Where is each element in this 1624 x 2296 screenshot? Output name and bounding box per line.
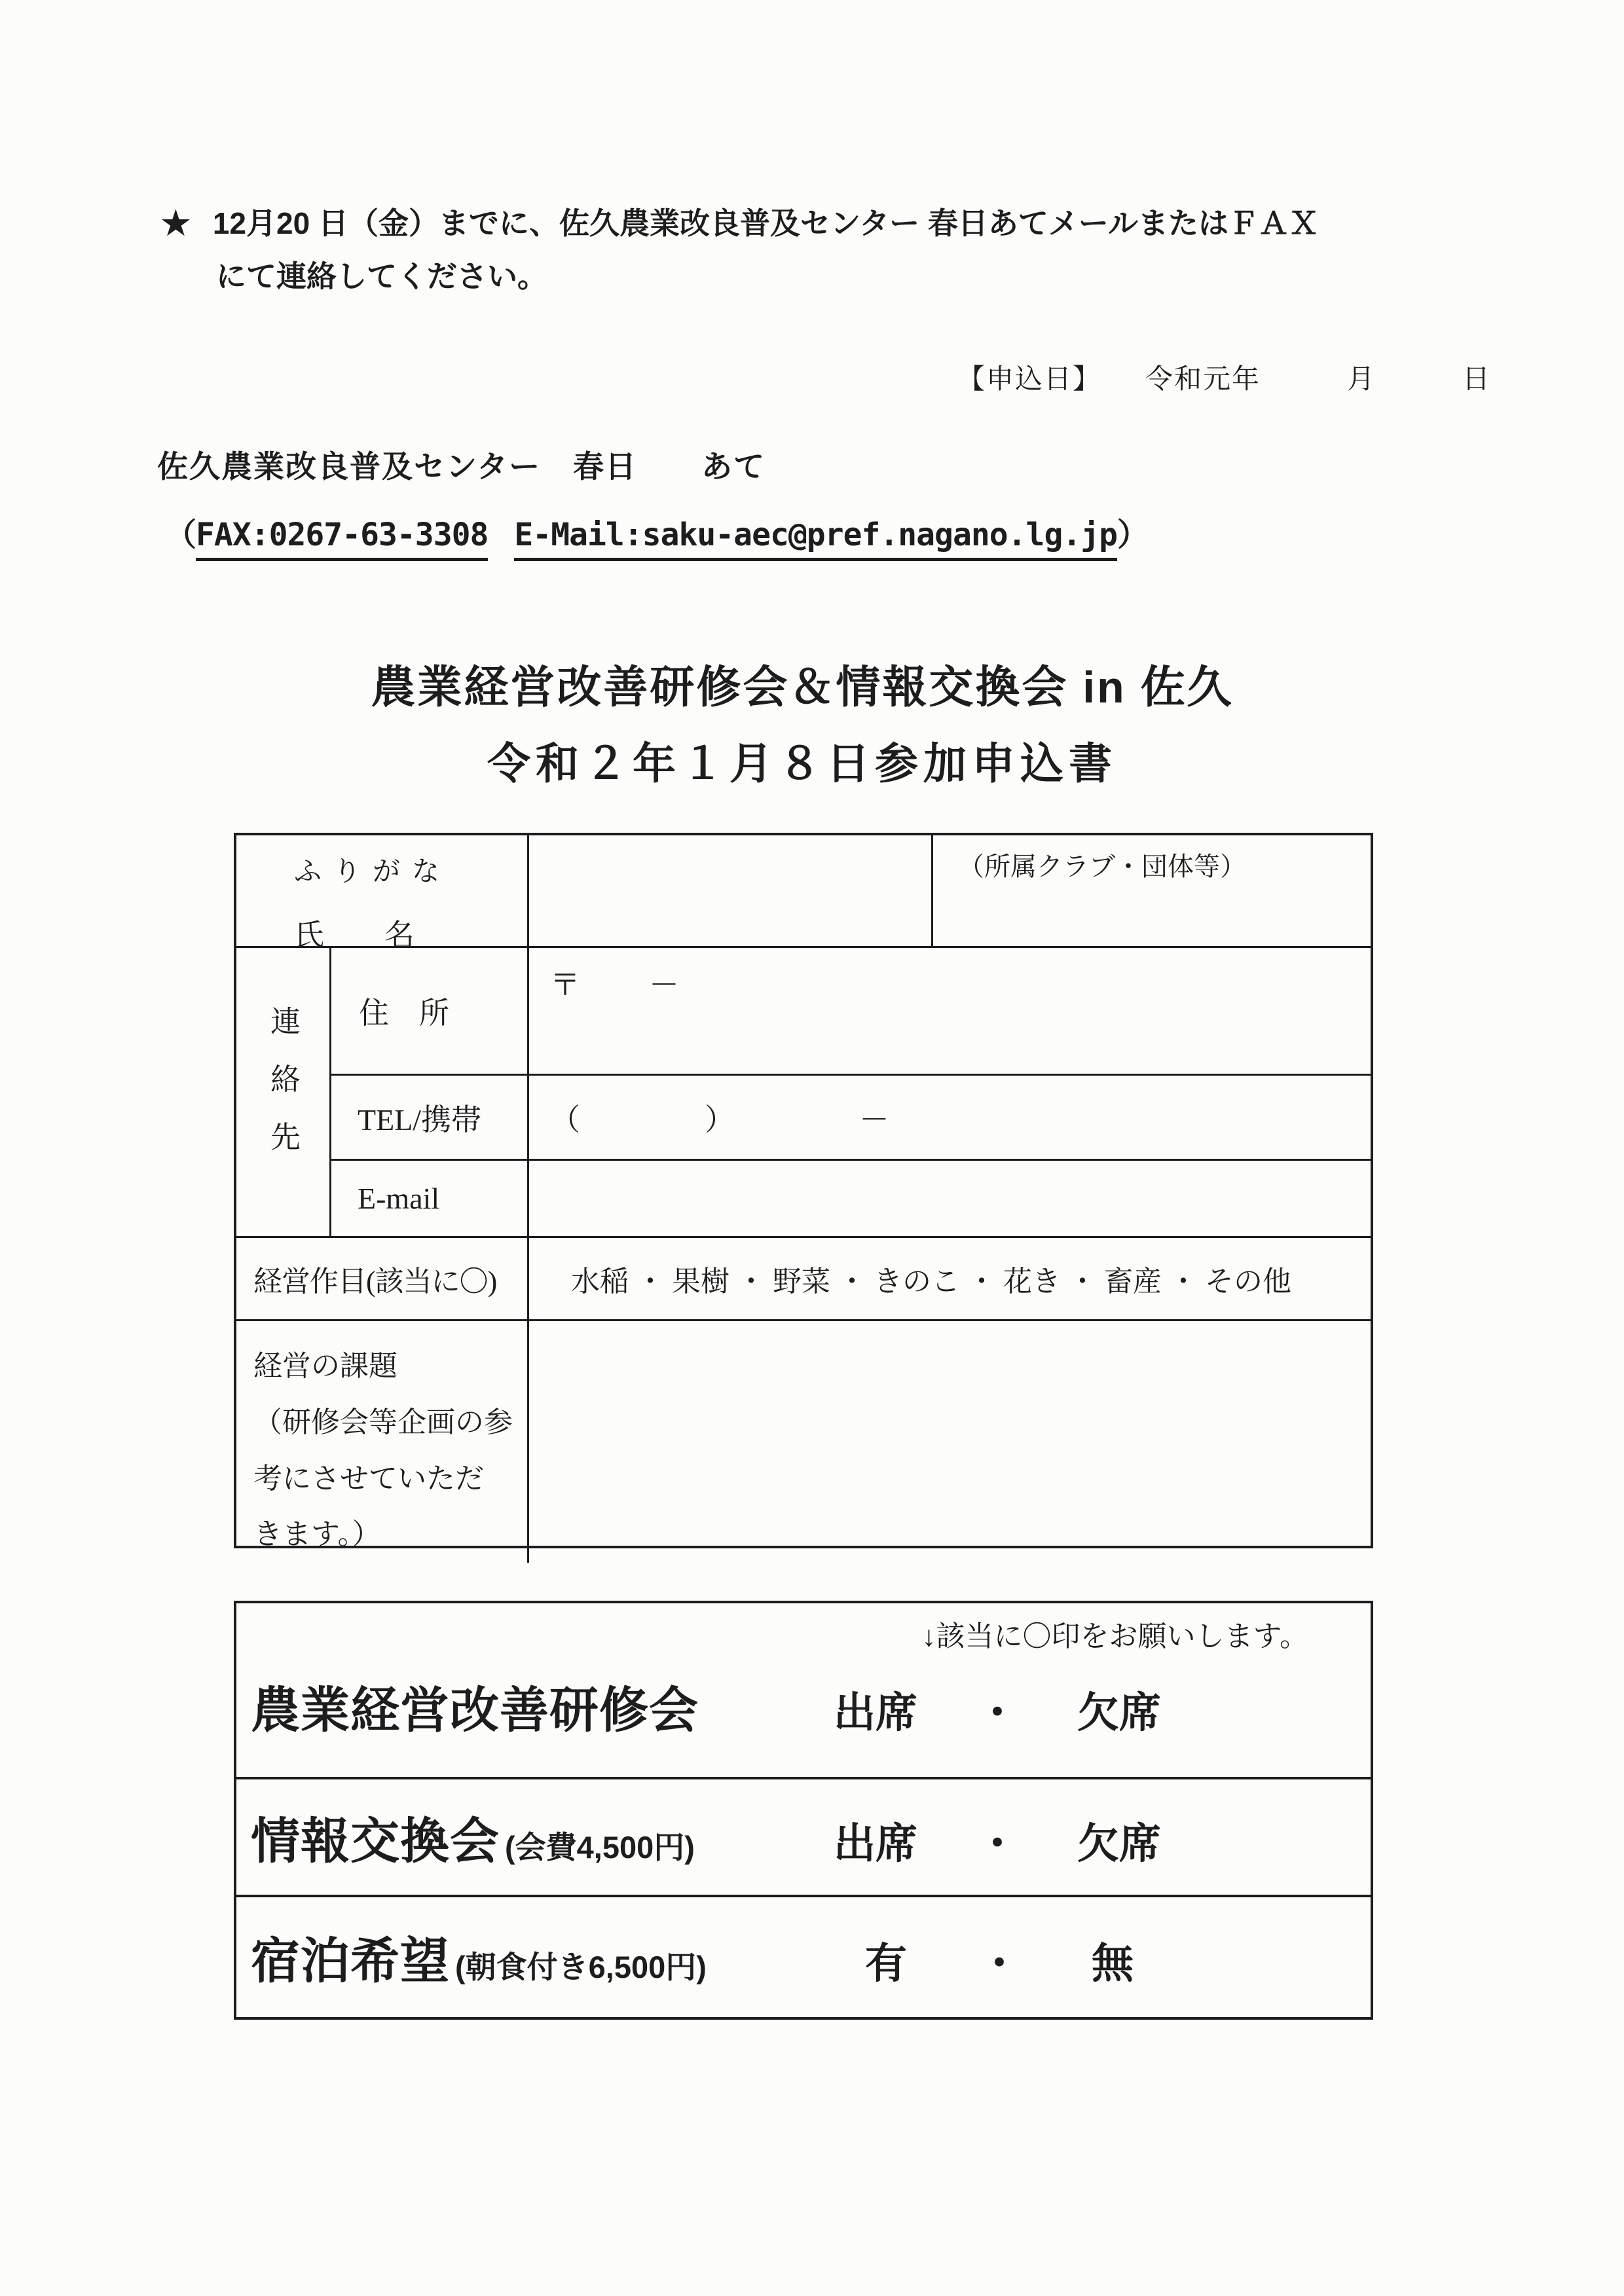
attendance-choices: 出席 ・ 欠席 — [834, 1810, 1161, 1870]
scanned-application-form-page: ★ 12月20 日（金）までに、佐久農業改良普及センター 春日あてメールまたはＦ… — [0, 0, 1624, 2296]
furigana-label: ふりがな — [294, 850, 527, 889]
email-label-cell: E-mail — [331, 1161, 529, 1238]
choice-separator-dot: ・ — [978, 1930, 1020, 1990]
attendance-row-workshop: ↓該当に〇印をお願いします。 農業経営改善研修会 出席 ・ 欠席 — [236, 1603, 1371, 1779]
attendance-row-line: 宿泊希望 (朝食付き6,500円) 有 ・ 無 — [236, 1922, 1371, 1992]
fax-number: FAX:0267-63-3308 — [196, 517, 488, 561]
address-input-cell: 〒－ — [529, 948, 1371, 1076]
tel-paren-close: ） — [705, 1096, 735, 1139]
choice-yes: 有 — [865, 1930, 907, 1990]
deadline-note-line2: にて連絡してください。 — [216, 253, 1477, 300]
attendance-row-line: 情報交換会 (会費4,500円) 出席 ・ 欠席 — [236, 1802, 1371, 1872]
choice-separator-dot: ・ — [976, 1679, 1018, 1740]
choice-no: 無 — [1092, 1930, 1134, 1990]
crops-label-cell: 経営作目(該当に〇) — [236, 1238, 529, 1321]
document-title-line1: 農業経営改善研修会＆情報交換会 in 佐久 — [0, 652, 1604, 716]
attendance-row-line: 農業経営改善研修会 出席 ・ 欠席 — [236, 1671, 1371, 1741]
paren-close: ） — [1117, 517, 1148, 553]
lodging-choices: 有 ・ 無 — [865, 1930, 1134, 1990]
row-label: 農業経営改善研修会 — [251, 1671, 699, 1741]
choice-attend: 出席 — [834, 1679, 917, 1740]
applicant-form-table: ふりがな 氏 名 （所属クラブ・団体等） 連絡先 住 所 〒－ TEL/携帯 （… — [234, 833, 1373, 1548]
crops-options: 水稲 ・ 果樹 ・ 野菜 ・ きのこ ・ 花き ・ 畜産 ・ その他 — [571, 1258, 1291, 1300]
row-label: 宿泊希望 — [251, 1922, 450, 1992]
application-date-line: 【申込日】 令和元年 月 日 — [957, 357, 1491, 397]
issues-label-cell: 経営の課題 （研修会等企画の参 考にさせていただ きます。） — [236, 1321, 529, 1563]
deadline-note-text: 12月20 日（金）までに、佐久農業改良普及センター 春日あてメールまたはＦＡＸ — [213, 200, 1319, 247]
tel-input-cell: （）－ — [529, 1076, 1371, 1161]
name-label-cell: ふりがな 氏 名 — [236, 835, 529, 948]
document-title: 農業経営改善研修会＆情報交換会 in 佐久 令和２年１月８日参加申込書 — [0, 652, 1604, 791]
contact-group-label: 連絡先 — [261, 1006, 304, 1178]
choice-separator-dot: ・ — [976, 1810, 1018, 1870]
email-label: E-mail — [358, 1181, 439, 1216]
address-label-cell: 住 所 — [331, 948, 529, 1076]
attendance-row-exchange: 情報交換会 (会費4,500円) 出席 ・ 欠席 — [236, 1779, 1371, 1897]
star-icon: ★ — [161, 200, 191, 246]
tel-label-cell: TEL/携帯 — [331, 1076, 529, 1161]
email-address: E-Mail:saku-aec@pref.nagano.lg.jp — [514, 517, 1117, 561]
attendance-choices: 出席 ・ 欠席 — [834, 1679, 1161, 1740]
name-input-cell — [529, 835, 933, 948]
affiliation-note: （所属クラブ・団体等） — [958, 852, 1246, 881]
fax-email-line: （FAX:0267-63-3308E-Mail:saku-aec@pref.na… — [165, 509, 1148, 555]
tel-paren-open: （ — [550, 1096, 580, 1139]
contact-group-cell: 連絡先 — [236, 948, 331, 1238]
recipient-line: 佐久農業改良普及センター 春日 あて — [157, 443, 766, 486]
deadline-note: ★ 12月20 日（金）までに、佐久農業改良普及センター 春日あてメールまたはＦ… — [161, 200, 1477, 301]
deadline-note-line1: ★ 12月20 日（金）までに、佐久農業改良普及センター 春日あてメールまたはＦ… — [161, 200, 1477, 247]
crops-options-cell: 水稲 ・ 果樹 ・ 野菜 ・ きのこ ・ 花き ・ 畜産 ・ その他 — [529, 1238, 1371, 1321]
email-input-cell — [529, 1161, 1371, 1238]
postal-mark: 〒 — [550, 968, 580, 1002]
circle-instruction: ↓該当に〇印をお願いします。 — [236, 1613, 1371, 1654]
choice-absent: 欠席 — [1077, 1810, 1161, 1870]
attendance-table: ↓該当に〇印をお願いします。 農業経営改善研修会 出席 ・ 欠席 情報交換会 (… — [234, 1601, 1373, 2020]
address-label: 住 所 — [359, 989, 449, 1032]
row-sublabel: (朝食付き6,500円) — [455, 1943, 707, 1987]
affiliation-cell: （所属クラブ・団体等） — [933, 835, 1371, 948]
choice-attend: 出席 — [834, 1810, 917, 1870]
tel-dash: － — [859, 1096, 889, 1139]
row-sublabel: (会費4,500円) — [505, 1823, 695, 1867]
crops-label: 経営作目(該当に〇) — [253, 1258, 496, 1300]
issues-input-cell — [529, 1321, 1371, 1563]
choice-absent: 欠席 — [1077, 1679, 1161, 1740]
attendance-row-lodging: 宿泊希望 (朝食付き6,500円) 有 ・ 無 — [236, 1897, 1371, 2017]
document-title-line2: 令和２年１月８日参加申込書 — [0, 729, 1604, 791]
row-label: 情報交換会 — [251, 1802, 500, 1872]
paren-open: （ — [165, 517, 196, 553]
tel-label: TEL/携帯 — [358, 1096, 481, 1139]
postal-dash: － — [649, 968, 679, 1002]
